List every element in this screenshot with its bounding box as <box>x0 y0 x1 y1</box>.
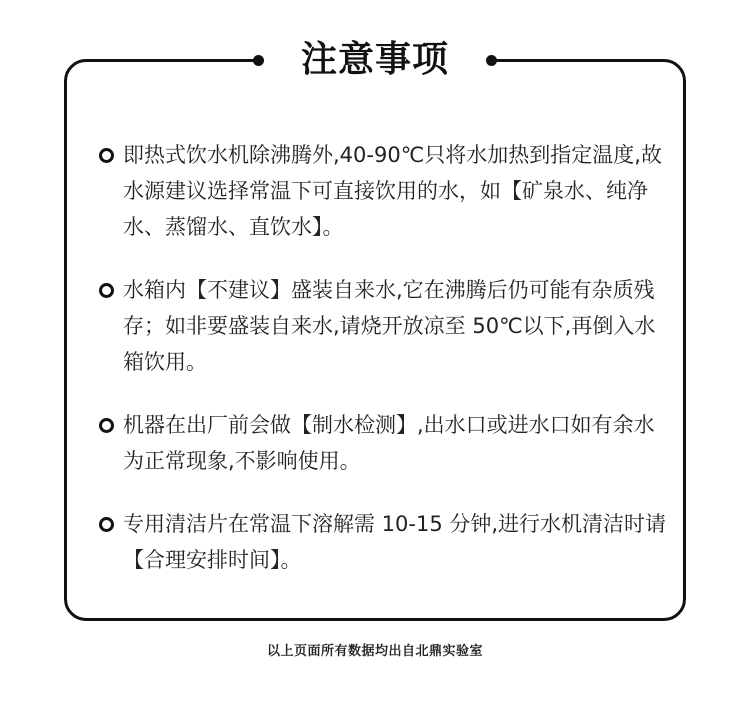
list-item-text: 机器在出厂前会做【制水检测】,出水口或进水口如有余水为正常现象,不影响使用。 <box>123 413 655 473</box>
ring-bullet-icon <box>99 283 114 298</box>
list-item: 机器在出厂前会做【制水检测】,出水口或进水口如有余水为正常现象,不影响使用。 <box>98 407 673 479</box>
list-item-text: 专用清洁片在常温下溶解需 10-15 分钟,进行水机清洁时请【合理安排时间】。 <box>123 512 666 572</box>
list-item: 专用清洁片在常温下溶解需 10-15 分钟,进行水机清洁时请【合理安排时间】。 <box>98 506 673 578</box>
list-item: 即热式饮水机除沸腾外,40-90℃只将水加热到指定温度,故水源建议选择常温下可直… <box>98 137 673 245</box>
ring-bullet-icon <box>99 148 114 163</box>
page-title: 注意事项 <box>262 36 488 84</box>
ring-bullet-icon <box>99 517 114 532</box>
footer-note: 以上页面所有数据均出自北鼎实验室 <box>0 640 750 659</box>
notice-list: 即热式饮水机除沸腾外,40-90℃只将水加热到指定温度,故水源建议选择常温下可直… <box>98 137 673 605</box>
list-item-text: 即热式饮水机除沸腾外,40-90℃只将水加热到指定温度,故水源建议选择常温下可直… <box>123 143 662 239</box>
ring-bullet-icon <box>99 418 114 433</box>
list-item-text: 水箱内【不建议】盛装自来水,它在沸腾后仍可能有杂质残存；如非要盛装自来水,请烧开… <box>123 278 655 374</box>
list-item: 水箱内【不建议】盛装自来水,它在沸腾后仍可能有杂质残存；如非要盛装自来水,请烧开… <box>98 272 673 380</box>
